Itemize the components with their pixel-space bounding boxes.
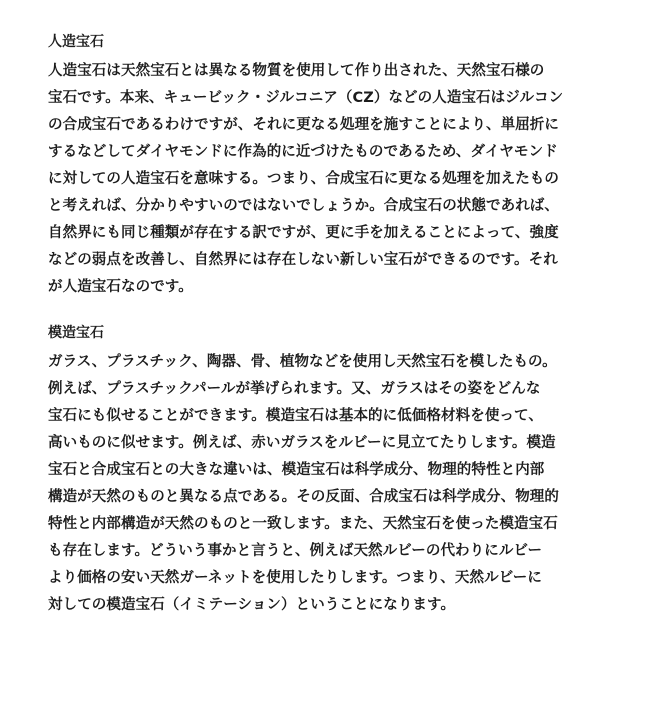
paragraph-line: 自然界にも同じ種類が存在する訳ですが、更に手を加えることによって、強度 (48, 220, 648, 247)
paragraph-line: などの弱点を改善し、自然界には存在しない新しい宝石ができるのです。それ (48, 247, 648, 274)
paragraph-line: より価格の安い天然ガーネットを使用したりします。つまり、天然ルビーに (48, 565, 648, 592)
section-artificial-gems: 人造宝石 人造宝石は天然宝石とは異なる物質を使用して作り出された、天然宝石様の … (48, 31, 648, 301)
paragraph-line: 特性と内部構造が天然のものと一致します。また、天然宝石を使った模造宝石 (48, 511, 648, 538)
paragraph-line: が人造宝石なのです。 (48, 274, 648, 301)
paragraph-line: 対しての模造宝石（イミテーション）ということになります。 (48, 592, 648, 619)
section-imitation-gems: 模造宝石 ガラス、プラスチック、陶器、骨、植物などを使用し天然宝石を模したもの。… (48, 322, 648, 619)
paragraph-line: 高いものに似せます。例えば、赤いガラスをルビーに見立てたりします。模造 (48, 430, 648, 457)
paragraph-line: 宝石です。本来、キュービック・ジルコニア（CZ）などの人造宝石はジルコン (48, 85, 648, 112)
paragraph-line: 宝石にも似せることができます。模造宝石は基本的に低価格材料を使って、 (48, 403, 648, 430)
paragraph-line: 例えば、プラスチックパールが挙げられます。又、ガラスはその姿をどんな (48, 376, 648, 403)
section-heading: 模造宝石 (48, 322, 648, 344)
paragraph-line: するなどしてダイヤモンドに作為的に近づけたものであるため、ダイヤモンド (48, 139, 648, 166)
section-heading: 人造宝石 (48, 31, 648, 53)
paragraph-line: ガラス、プラスチック、陶器、骨、植物などを使用し天然宝石を模したもの。 (48, 349, 648, 376)
document-page: 人造宝石 人造宝石は天然宝石とは異なる物質を使用して作り出された、天然宝石様の … (0, 0, 648, 619)
paragraph-line: 宝石と合成宝石との大きな違いは、模造宝石は科学成分、物理的特性と内部 (48, 457, 648, 484)
paragraph-line: と考えれば、分かりやすいのではないでしょうか。合成宝石の状態であれば、 (48, 193, 648, 220)
paragraph-line: に対しての人造宝石を意味する。つまり、合成宝石に更なる処理を加えたもの (48, 166, 648, 193)
paragraph-line: の合成宝石であるわけですが、それに更なる処理を施すことにより、単屈折に (48, 112, 648, 139)
paragraph-line: 構造が天然のものと異なる点である。その反面、合成宝石は科学成分、物理的 (48, 484, 648, 511)
paragraph-line: 人造宝石は天然宝石とは異なる物質を使用して作り出された、天然宝石様の (48, 58, 648, 85)
paragraph-line: も存在します。どういう事かと言うと、例えば天然ルビーの代わりにルビー (48, 538, 648, 565)
